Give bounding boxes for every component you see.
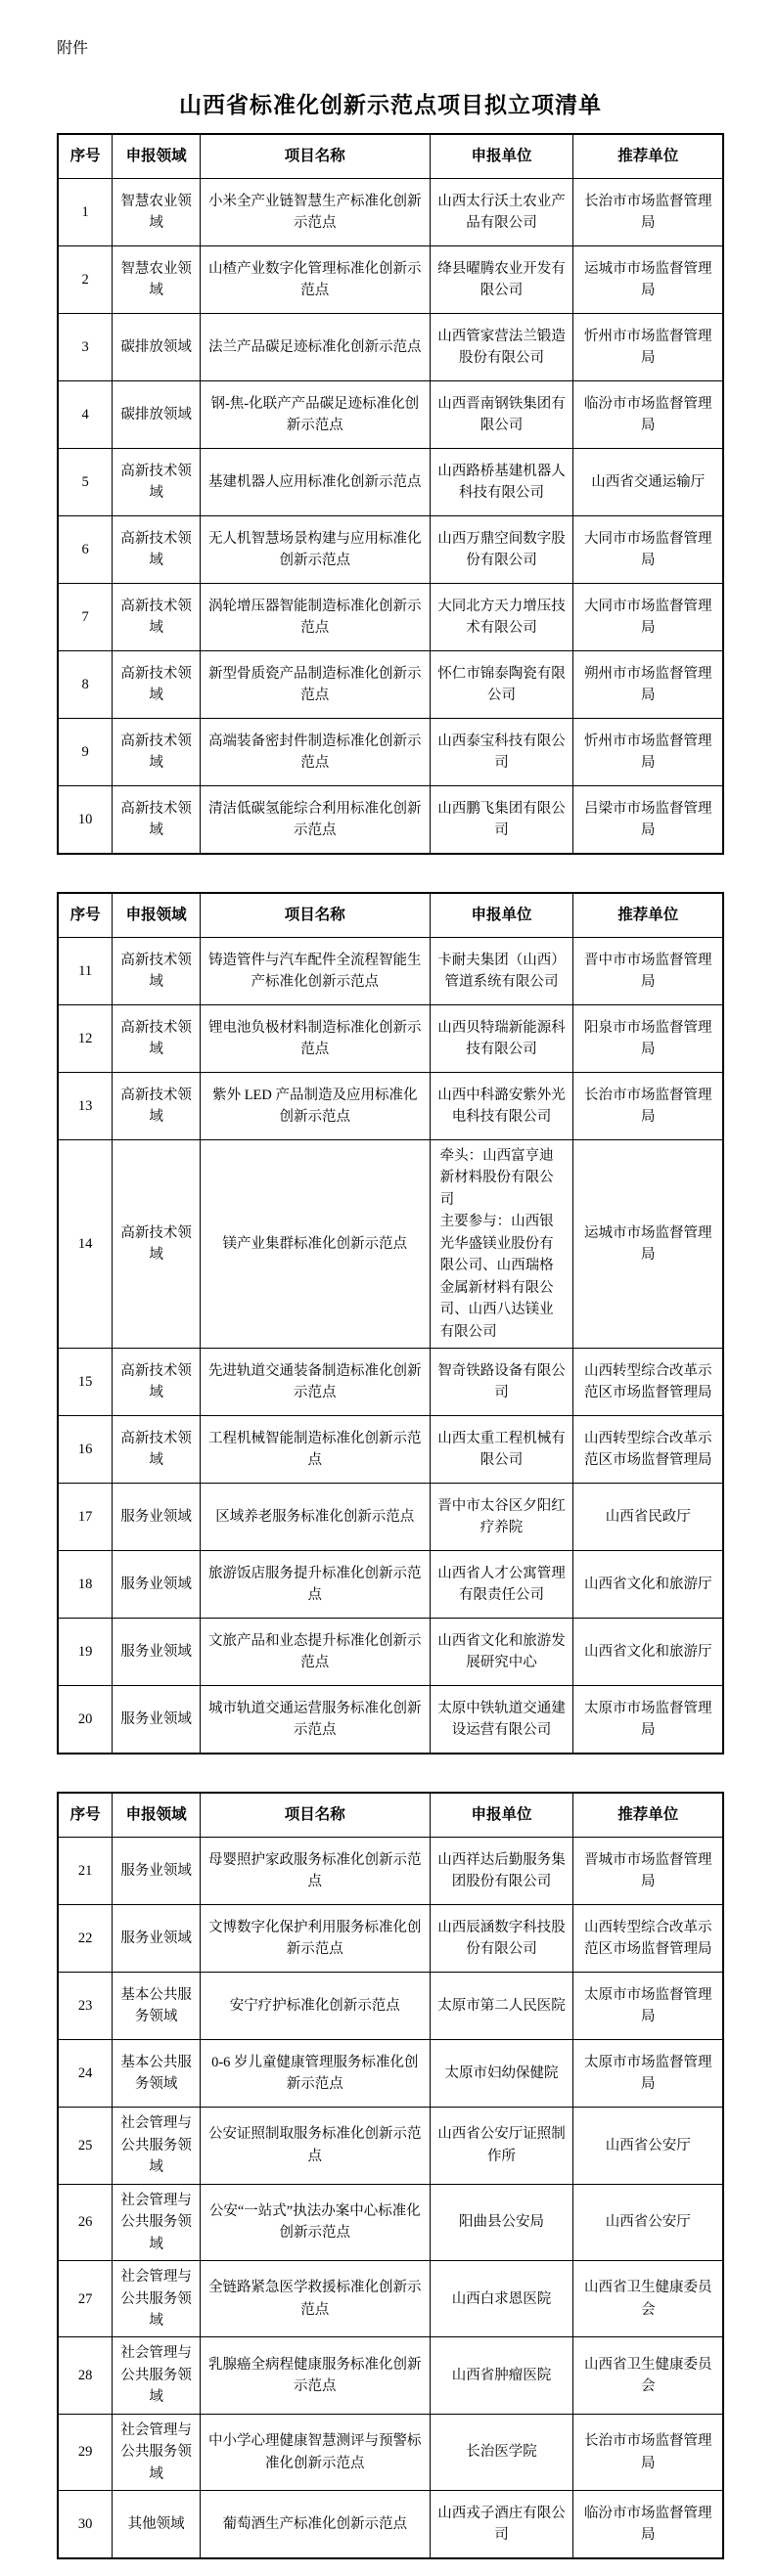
cell-project-name: 新型骨质瓷产品制造标准化创新示范点 (201, 651, 431, 719)
cell-serial-number: 4 (58, 381, 113, 449)
cell-serial-number: 8 (58, 651, 113, 719)
cell-application-field: 高新技术领域 (113, 449, 201, 516)
cell-project-name: 紫外 LED 产品制造及应用标准化创新示范点 (201, 1073, 431, 1140)
cell-project-name: 区域养老服务标准化创新示范点 (201, 1484, 431, 1551)
tables-container: 序号申报领域项目名称申报单位推荐单位1智慧农业领域小米全产业链智慧生产标准化创新… (57, 133, 724, 2559)
table-row: 9高新技术领域高端装备密封件制造标准化创新示范点山西泰宝科技有限公司忻州市市场监… (58, 719, 723, 786)
cell-serial-number: 25 (58, 2108, 113, 2184)
cell-application-field: 高新技术领域 (113, 786, 201, 855)
table-header-row: 序号申报领域项目名称申报单位推荐单位 (58, 1793, 723, 1838)
cell-serial-number: 1 (58, 179, 113, 246)
cell-recommending-unit: 山西转型综合改革示范区市场监督管理局 (573, 1349, 723, 1416)
project-list-table-3: 序号申报领域项目名称申报单位推荐单位21服务业领域母婴照护家政服务标准化创新示范… (57, 1792, 724, 2559)
column-header-field: 申报领域 (113, 134, 201, 179)
table-row: 25社会管理与公共服务领域公安证照制取服务标准化创新示范点山西省公安厅证照制作所… (58, 2108, 723, 2184)
cell-serial-number: 30 (58, 2491, 113, 2559)
cell-project-name: 镁产业集群标准化创新示范点 (201, 1140, 431, 1349)
cell-project-name: 钢-焦-化联产产品碳足迹标准化创新示范点 (201, 381, 431, 449)
table-row: 8高新技术领域新型骨质瓷产品制造标准化创新示范点怀仁市锦泰陶瓷有限公司朔州市市场… (58, 651, 723, 719)
cell-applicant-unit: 山西省人才公寓管理有限责任公司 (430, 1551, 573, 1619)
cell-applicant-unit: 牵头：山西富亨迪新材料股份有限公司 主要参与：山西银光华盛镁业股份有限公司、山西… (430, 1140, 573, 1349)
cell-application-field: 服务业领域 (113, 1905, 201, 1973)
cell-serial-number: 23 (58, 1973, 113, 2040)
cell-project-name: 城市轨道交通运营服务标准化创新示范点 (201, 1686, 431, 1754)
cell-applicant-unit: 山西太重工程机械有限公司 (430, 1416, 573, 1484)
cell-applicant-unit: 山西泰宝科技有限公司 (430, 719, 573, 786)
table-row: 12高新技术领域锂电池负极材料制造标准化创新示范点山西贝特瑞新能源科技有限公司阳… (58, 1005, 723, 1073)
cell-project-name: 清洁低碳氢能综合利用标准化创新示范点 (201, 786, 431, 855)
cell-serial-number: 20 (58, 1686, 113, 1754)
cell-applicant-unit: 卡耐夫集团（山西）管道系统有限公司 (430, 938, 573, 1005)
cell-project-name: 乳腺癌全病程健康服务标准化创新示范点 (201, 2337, 431, 2414)
table-row: 5高新技术领域基建机器人应用标准化创新示范点山西路桥基建机器人科技有限公司山西省… (58, 449, 723, 516)
cell-application-field: 高新技术领域 (113, 1416, 201, 1484)
cell-recommending-unit: 朔州市市场监督管理局 (573, 651, 723, 719)
cell-project-name: 公安证照制取服务标准化创新示范点 (201, 2108, 431, 2184)
project-list-table-2: 序号申报领域项目名称申报单位推荐单位11高新技术领域铸造管件与汽车配件全流程智能… (57, 892, 724, 1754)
cell-project-name: 铸造管件与汽车配件全流程智能生产标准化创新示范点 (201, 938, 431, 1005)
cell-recommending-unit: 山西省卫生健康委员会 (573, 2337, 723, 2414)
column-header-project: 项目名称 (201, 1793, 431, 1838)
cell-serial-number: 29 (58, 2414, 113, 2490)
cell-project-name: 锂电池负极材料制造标准化创新示范点 (201, 1005, 431, 1073)
cell-serial-number: 12 (58, 1005, 113, 1073)
table-row: 19服务业领域文旅产品和业态提升标准化创新示范点山西省文化和旅游发展研究中心山西… (58, 1619, 723, 1686)
table-row: 20服务业领域城市轨道交通运营服务标准化创新示范点太原中铁轨道交通建设运营有限公… (58, 1686, 723, 1754)
cell-serial-number: 18 (58, 1551, 113, 1619)
cell-application-field: 社会管理与公共服务领域 (113, 2337, 201, 2414)
cell-recommending-unit: 山西省公安厅 (573, 2108, 723, 2184)
table-row: 18服务业领域旅游饭店服务提升标准化创新示范点山西省人才公寓管理有限责任公司山西… (58, 1551, 723, 1619)
cell-serial-number: 24 (58, 2040, 113, 2108)
cell-recommending-unit: 太原市市场监督管理局 (573, 2040, 723, 2108)
cell-recommending-unit: 大同市市场监督管理局 (573, 584, 723, 651)
page-title: 山西省标准化创新示范点项目拟立项清单 (57, 87, 724, 119)
cell-applicant-unit: 山西祥达后勤服务集团股份有限公司 (430, 1838, 573, 1905)
cell-recommending-unit: 山西省民政厅 (573, 1484, 723, 1551)
table-row: 13高新技术领域紫外 LED 产品制造及应用标准化创新示范点山西中科潞安紫外光电… (58, 1073, 723, 1140)
table-row: 30其他领域葡萄酒生产标准化创新示范点山西戎子酒庄有限公司临汾市市场监督管理局 (58, 2491, 723, 2559)
cell-serial-number: 17 (58, 1484, 113, 1551)
cell-recommending-unit: 山西转型综合改革示范区市场监督管理局 (573, 1416, 723, 1484)
cell-application-field: 高新技术领域 (113, 651, 201, 719)
cell-application-field: 高新技术领域 (113, 1005, 201, 1073)
cell-application-field: 高新技术领域 (113, 1140, 201, 1349)
column-header-no: 序号 (58, 893, 113, 938)
cell-recommending-unit: 大同市市场监督管理局 (573, 516, 723, 584)
table-row: 26社会管理与公共服务领域公安“一站式”执法办案中心标准化创新示范点阳曲县公安局… (58, 2184, 723, 2260)
cell-recommending-unit: 太原市市场监督管理局 (573, 1973, 723, 2040)
cell-project-name: 先进轨道交通装备制造标准化创新示范点 (201, 1349, 431, 1416)
table-row: 28社会管理与公共服务领域乳腺癌全病程健康服务标准化创新示范点山西省肿瘤医院山西… (58, 2337, 723, 2414)
table-row: 27社会管理与公共服务领域全链路紧急医学救援标准化创新示范点山西白求恩医院山西省… (58, 2261, 723, 2337)
cell-project-name: 安宁疗护标准化创新示范点 (201, 1973, 431, 2040)
table-row: 29社会管理与公共服务领域中小学心理健康智慧测评与预警标准化创新示范点长治医学院… (58, 2414, 723, 2490)
table-row: 22服务业领域文博数字化保护利用服务标准化创新示范点山西辰涵数字科技股份有限公司… (58, 1905, 723, 1973)
table-row: 15高新技术领域先进轨道交通装备制造标准化创新示范点智奇铁路设备有限公司山西转型… (58, 1349, 723, 1416)
cell-application-field: 社会管理与公共服务领域 (113, 2261, 201, 2337)
cell-applicant-unit: 山西中科潞安紫外光电科技有限公司 (430, 1073, 573, 1140)
cell-application-field: 高新技术领域 (113, 584, 201, 651)
cell-serial-number: 7 (58, 584, 113, 651)
cell-serial-number: 13 (58, 1073, 113, 1140)
cell-application-field: 高新技术领域 (113, 938, 201, 1005)
cell-serial-number: 26 (58, 2184, 113, 2260)
cell-recommending-unit: 长治市市场监督管理局 (573, 1073, 723, 1140)
cell-recommending-unit: 临汾市市场监督管理局 (573, 2491, 723, 2559)
cell-applicant-unit: 山西省公安厅证照制作所 (430, 2108, 573, 2184)
cell-applicant-unit: 山西白求恩医院 (430, 2261, 573, 2337)
column-header-no: 序号 (58, 1793, 113, 1838)
cell-applicant-unit: 山西戎子酒庄有限公司 (430, 2491, 573, 2559)
cell-recommending-unit: 吕梁市市场监督管理局 (573, 786, 723, 855)
cell-project-name: 小米全产业链智慧生产标准化创新示范点 (201, 179, 431, 246)
cell-recommending-unit: 运城市市场监督管理局 (573, 1140, 723, 1349)
cell-serial-number: 21 (58, 1838, 113, 1905)
cell-application-field: 服务业领域 (113, 1551, 201, 1619)
cell-recommending-unit: 山西省交通运输厅 (573, 449, 723, 516)
cell-application-field: 智慧农业领域 (113, 179, 201, 246)
cell-project-name: 涡轮增压器智能制造标准化创新示范点 (201, 584, 431, 651)
cell-serial-number: 28 (58, 2337, 113, 2414)
cell-project-name: 旅游饭店服务提升标准化创新示范点 (201, 1551, 431, 1619)
cell-recommending-unit: 长治市市场监督管理局 (573, 2414, 723, 2490)
cell-project-name: 公安“一站式”执法办案中心标准化创新示范点 (201, 2184, 431, 2260)
cell-application-field: 高新技术领域 (113, 1073, 201, 1140)
cell-application-field: 社会管理与公共服务领域 (113, 2108, 201, 2184)
cell-recommending-unit: 晋城市市场监督管理局 (573, 1838, 723, 1905)
cell-recommending-unit: 阳泉市市场监督管理局 (573, 1005, 723, 1073)
cell-applicant-unit: 山西万鼎空间数字股份有限公司 (430, 516, 573, 584)
cell-project-name: 文旅产品和业态提升标准化创新示范点 (201, 1619, 431, 1686)
column-header-recommender: 推荐单位 (573, 1793, 723, 1838)
cell-project-name: 全链路紧急医学救援标准化创新示范点 (201, 2261, 431, 2337)
cell-applicant-unit: 山西太行沃土农业产品有限公司 (430, 179, 573, 246)
table-row: 11高新技术领域铸造管件与汽车配件全流程智能生产标准化创新示范点卡耐夫集团（山西… (58, 938, 723, 1005)
cell-serial-number: 5 (58, 449, 113, 516)
cell-recommending-unit: 晋中市市场监督管理局 (573, 938, 723, 1005)
cell-application-field: 社会管理与公共服务领域 (113, 2414, 201, 2490)
cell-application-field: 服务业领域 (113, 1686, 201, 1754)
table-row: 23基本公共服务领域安宁疗护标准化创新示范点太原市第二人民医院太原市市场监督管理… (58, 1973, 723, 2040)
table-header-row: 序号申报领域项目名称申报单位推荐单位 (58, 134, 723, 179)
cell-recommending-unit: 运城市市场监督管理局 (573, 246, 723, 314)
table-row: 2智慧农业领域山楂产业数字化管理标准化创新示范点绛县曜腾农业开发有限公司运城市市… (58, 246, 723, 314)
column-header-recommender: 推荐单位 (573, 134, 723, 179)
table-row: 17服务业领域区域养老服务标准化创新示范点晋中市太谷区夕阳红疗养院山西省民政厅 (58, 1484, 723, 1551)
cell-recommending-unit: 忻州市市场监督管理局 (573, 719, 723, 786)
table-row: 4碳排放领域钢-焦-化联产产品碳足迹标准化创新示范点山西晋南钢铁集团有限公司临汾… (58, 381, 723, 449)
cell-applicant-unit: 长治医学院 (430, 2414, 573, 2490)
cell-serial-number: 16 (58, 1416, 113, 1484)
cell-applicant-unit: 山西晋南钢铁集团有限公司 (430, 381, 573, 449)
cell-applicant-unit: 大同北方天力增压技术有限公司 (430, 584, 573, 651)
cell-application-field: 服务业领域 (113, 1484, 201, 1551)
cell-recommending-unit: 临汾市市场监督管理局 (573, 381, 723, 449)
cell-serial-number: 27 (58, 2261, 113, 2337)
cell-application-field: 高新技术领域 (113, 719, 201, 786)
cell-serial-number: 15 (58, 1349, 113, 1416)
cell-serial-number: 14 (58, 1140, 113, 1349)
table-row: 21服务业领域母婴照护家政服务标准化创新示范点山西祥达后勤服务集团股份有限公司晋… (58, 1838, 723, 1905)
table-row: 1智慧农业领域小米全产业链智慧生产标准化创新示范点山西太行沃土农业产品有限公司长… (58, 179, 723, 246)
cell-recommending-unit: 山西省文化和旅游厅 (573, 1551, 723, 1619)
column-header-no: 序号 (58, 134, 113, 179)
table-row: 6高新技术领域无人机智慧场景构建与应用标准化创新示范点山西万鼎空间数字股份有限公… (58, 516, 723, 584)
table-row: 7高新技术领域涡轮增压器智能制造标准化创新示范点大同北方天力增压技术有限公司大同… (58, 584, 723, 651)
cell-recommending-unit: 太原市市场监督管理局 (573, 1686, 723, 1754)
cell-serial-number: 19 (58, 1619, 113, 1686)
cell-project-name: 文博数字化保护利用服务标准化创新示范点 (201, 1905, 431, 1973)
cell-applicant-unit: 山西路桥基建机器人科技有限公司 (430, 449, 573, 516)
attachment-label: 附件 (57, 35, 724, 58)
column-header-applicant: 申报单位 (430, 893, 573, 938)
cell-applicant-unit: 智奇铁路设备有限公司 (430, 1349, 573, 1416)
column-header-applicant: 申报单位 (430, 134, 573, 179)
cell-project-name: 葡萄酒生产标准化创新示范点 (201, 2491, 431, 2559)
cell-applicant-unit: 阳曲县公安局 (430, 2184, 573, 2260)
cell-project-name: 中小学心理健康智慧测评与预警标准化创新示范点 (201, 2414, 431, 2490)
cell-application-field: 服务业领域 (113, 1838, 201, 1905)
column-header-recommender: 推荐单位 (573, 893, 723, 938)
cell-applicant-unit: 山西辰涵数字科技股份有限公司 (430, 1905, 573, 1973)
table-row: 3碳排放领域法兰产品碳足迹标准化创新示范点山西管家营法兰锻造股份有限公司忻州市市… (58, 314, 723, 381)
column-header-field: 申报领域 (113, 893, 201, 938)
cell-applicant-unit: 山西管家营法兰锻造股份有限公司 (430, 314, 573, 381)
cell-recommending-unit: 长治市市场监督管理局 (573, 179, 723, 246)
table-row: 16高新技术领域工程机械智能制造标准化创新示范点山西太重工程机械有限公司山西转型… (58, 1416, 723, 1484)
cell-application-field: 高新技术领域 (113, 516, 201, 584)
cell-applicant-unit: 绛县曜腾农业开发有限公司 (430, 246, 573, 314)
cell-applicant-unit: 怀仁市锦泰陶瓷有限公司 (430, 651, 573, 719)
table-row: 10高新技术领域清洁低碳氢能综合利用标准化创新示范点山西鹏飞集团有限公司吕梁市市… (58, 786, 723, 855)
cell-applicant-unit: 山西鹏飞集团有限公司 (430, 786, 573, 855)
cell-applicant-unit: 太原中铁轨道交通建设运营有限公司 (430, 1686, 573, 1754)
cell-serial-number: 11 (58, 938, 113, 1005)
cell-serial-number: 9 (58, 719, 113, 786)
cell-recommending-unit: 山西省文化和旅游厅 (573, 1619, 723, 1686)
cell-project-name: 高端装备密封件制造标准化创新示范点 (201, 719, 431, 786)
table-header-row: 序号申报领域项目名称申报单位推荐单位 (58, 893, 723, 938)
cell-serial-number: 6 (58, 516, 113, 584)
cell-applicant-unit: 太原市第二人民医院 (430, 1973, 573, 2040)
cell-applicant-unit: 晋中市太谷区夕阳红疗养院 (430, 1484, 573, 1551)
cell-recommending-unit: 山西转型综合改革示范区市场监督管理局 (573, 1905, 723, 1973)
cell-serial-number: 10 (58, 786, 113, 855)
table-row: 24基本公共服务领域0-6 岁儿童健康管理服务标准化创新示范点太原市妇幼保健院太… (58, 2040, 723, 2108)
table-row: 14高新技术领域镁产业集群标准化创新示范点牵头：山西富亨迪新材料股份有限公司 主… (58, 1140, 723, 1349)
cell-recommending-unit: 山西省公安厅 (573, 2184, 723, 2260)
project-list-table-1: 序号申报领域项目名称申报单位推荐单位1智慧农业领域小米全产业链智慧生产标准化创新… (57, 133, 724, 855)
cell-application-field: 高新技术领域 (113, 1349, 201, 1416)
cell-application-field: 其他领域 (113, 2491, 201, 2559)
cell-serial-number: 2 (58, 246, 113, 314)
cell-applicant-unit: 山西省肿瘤医院 (430, 2337, 573, 2414)
cell-applicant-unit: 太原市妇幼保健院 (430, 2040, 573, 2108)
cell-application-field: 碳排放领域 (113, 381, 201, 449)
cell-serial-number: 22 (58, 1905, 113, 1973)
cell-project-name: 基建机器人应用标准化创新示范点 (201, 449, 431, 516)
cell-application-field: 智慧农业领域 (113, 246, 201, 314)
cell-project-name: 无人机智慧场景构建与应用标准化创新示范点 (201, 516, 431, 584)
column-header-field: 申报领域 (113, 1793, 201, 1838)
cell-application-field: 服务业领域 (113, 1619, 201, 1686)
cell-application-field: 基本公共服务领域 (113, 2040, 201, 2108)
column-header-project: 项目名称 (201, 893, 431, 938)
cell-application-field: 社会管理与公共服务领域 (113, 2184, 201, 2260)
cell-project-name: 法兰产品碳足迹标准化创新示范点 (201, 314, 431, 381)
cell-recommending-unit: 山西省卫生健康委员会 (573, 2261, 723, 2337)
cell-application-field: 碳排放领域 (113, 314, 201, 381)
cell-applicant-unit: 山西省文化和旅游发展研究中心 (430, 1619, 573, 1686)
cell-application-field: 基本公共服务领域 (113, 1973, 201, 2040)
cell-project-name: 0-6 岁儿童健康管理服务标准化创新示范点 (201, 2040, 431, 2108)
cell-project-name: 工程机械智能制造标准化创新示范点 (201, 1416, 431, 1484)
cell-project-name: 山楂产业数字化管理标准化创新示范点 (201, 246, 431, 314)
column-header-applicant: 申报单位 (430, 1793, 573, 1838)
document-page: 附件 山西省标准化创新示范点项目拟立项清单 序号申报领域项目名称申报单位推荐单位… (0, 0, 776, 2576)
column-header-project: 项目名称 (201, 134, 431, 179)
cell-project-name: 母婴照护家政服务标准化创新示范点 (201, 1838, 431, 1905)
cell-recommending-unit: 忻州市市场监督管理局 (573, 314, 723, 381)
cell-serial-number: 3 (58, 314, 113, 381)
cell-applicant-unit: 山西贝特瑞新能源科技有限公司 (430, 1005, 573, 1073)
